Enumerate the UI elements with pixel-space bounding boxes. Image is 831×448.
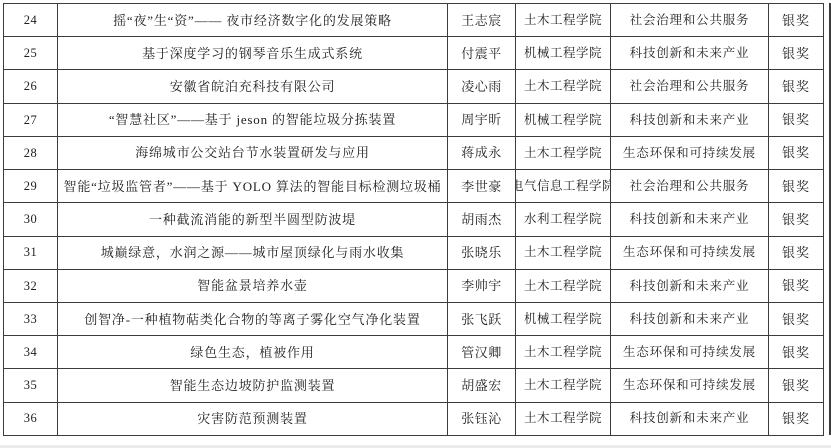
row-number-cell: 28: [4, 137, 58, 170]
row-number-cell: 26: [4, 70, 58, 103]
college-cell: 土木工程学院: [516, 270, 611, 303]
college-cell: 土木工程学院: [516, 369, 611, 402]
project-title-cell: 创智净-一种植物萜类化合物的等离子雾化空气净化装置: [58, 303, 448, 336]
college-cell: 土木工程学院: [516, 137, 611, 170]
category-cell: 科技创新和未来产业: [611, 203, 769, 236]
table-row: 32 智能盆景培养水壶 李帅宇 土木工程学院 科技创新和未来产业 银奖: [4, 270, 824, 303]
award-cell: 银奖: [769, 137, 824, 170]
project-title-cell: 智能盆景培养水壶: [58, 270, 448, 303]
category-cell: 科技创新和未来产业: [611, 403, 769, 436]
award-cell: 银奖: [769, 37, 824, 70]
leader-name-cell: 李世豪: [448, 170, 516, 203]
table-row: 36 灾害防范预测装置 张钰沁 土木工程学院 科技创新和未来产业 银奖: [4, 403, 824, 436]
table-row: 31 城巅绿意，水润之源——城市屋顶绿化与雨水收集 张晓乐 土木工程学院 生态环…: [4, 237, 824, 270]
award-cell: 银奖: [769, 4, 824, 37]
row-number-cell: 27: [4, 104, 58, 137]
table-row: 25 基于深度学习的钢琴音乐生成式系统 付震平 机械工程学院 科技创新和未来产业…: [4, 37, 824, 70]
leader-name-cell: 胡盛宏: [448, 369, 516, 402]
category-cell: 社会治理和公共服务: [611, 170, 769, 203]
college-cell: 土木工程学院: [516, 336, 611, 369]
table-row: 24 摇“夜”生“资”—— 夜市经济数字化的发展策略 王志宸 土木工程学院 社会…: [4, 4, 824, 37]
row-number-cell: 33: [4, 303, 58, 336]
table-row: 34 绿色生态，植被作用 管汉卿 土木工程学院 生态环保和可持续发展 银奖: [4, 336, 824, 369]
award-cell: 银奖: [769, 70, 824, 103]
row-number-cell: 35: [4, 369, 58, 402]
table-row: 33 创智净-一种植物萜类化合物的等离子雾化空气净化装置 张飞跃 机械工程学院 …: [4, 303, 824, 336]
project-title-cell: 灾害防范预测装置: [58, 403, 448, 436]
table-row: 29 智能“垃圾监管者”——基于 YOLO 算法的智能目标检测垃圾桶 李世豪 电…: [4, 170, 824, 203]
category-cell: 生态环保和可持续发展: [611, 237, 769, 270]
row-number-cell: 36: [4, 403, 58, 436]
award-cell: 银奖: [769, 170, 824, 203]
project-title-cell: 一种截流消能的新型半圆型防波堤: [58, 203, 448, 236]
project-title-cell: 智能生态边坡防护监测装置: [58, 369, 448, 402]
document-page: 24 摇“夜”生“资”—— 夜市经济数字化的发展策略 王志宸 土木工程学院 社会…: [0, 0, 831, 448]
leader-name-cell: 王志宸: [448, 4, 516, 37]
row-number-cell: 30: [4, 203, 58, 236]
leader-name-cell: 张飞跃: [448, 303, 516, 336]
college-cell: 土木工程学院: [516, 237, 611, 270]
college-cell: 机械工程学院: [516, 303, 611, 336]
category-cell: 科技创新和未来产业: [611, 37, 769, 70]
leader-name-cell: 蒋成永: [448, 137, 516, 170]
project-title-cell: 城巅绿意，水润之源——城市屋顶绿化与雨水收集: [58, 237, 448, 270]
project-title-cell: 摇“夜”生“资”—— 夜市经济数字化的发展策略: [58, 4, 448, 37]
project-title-cell: 海绵城市公交站台节水装置研发与应用: [58, 137, 448, 170]
row-number-cell: 29: [4, 170, 58, 203]
award-cell: 银奖: [769, 237, 824, 270]
college-cell: 机械工程学院: [516, 104, 611, 137]
award-cell: 银奖: [769, 336, 824, 369]
table-row: 28 海绵城市公交站台节水装置研发与应用 蒋成永 土木工程学院 生态环保和可持续…: [4, 137, 824, 170]
college-cell: 电气信息工程学院: [516, 170, 611, 203]
college-cell: 土木工程学院: [516, 4, 611, 37]
category-cell: 社会治理和公共服务: [611, 4, 769, 37]
row-number-cell: 32: [4, 270, 58, 303]
row-number-cell: 34: [4, 336, 58, 369]
row-number-cell: 31: [4, 237, 58, 270]
category-cell: 社会治理和公共服务: [611, 70, 769, 103]
category-cell: 科技创新和未来产业: [611, 270, 769, 303]
category-cell: 生态环保和可持续发展: [611, 369, 769, 402]
project-title-cell: 安徽省皖泊充科技有限公司: [58, 70, 448, 103]
college-cell: 土木工程学院: [516, 403, 611, 436]
leader-name-cell: 付震平: [448, 37, 516, 70]
category-cell: 科技创新和未来产业: [611, 303, 769, 336]
project-title-cell: 绿色生态，植被作用: [58, 336, 448, 369]
category-cell: 生态环保和可持续发展: [611, 137, 769, 170]
leader-name-cell: 周宇昕: [448, 104, 516, 137]
award-cell: 银奖: [769, 369, 824, 402]
award-cell: 银奖: [769, 303, 824, 336]
category-cell: 生态环保和可持续发展: [611, 336, 769, 369]
award-cell: 银奖: [769, 104, 824, 137]
project-title-cell: “智慧社区”——基于 jeson 的智能垃圾分拣装置: [58, 104, 448, 137]
leader-name-cell: 张钰沁: [448, 403, 516, 436]
project-title-cell: 基于深度学习的钢琴音乐生成式系统: [58, 37, 448, 70]
award-cell: 银奖: [769, 403, 824, 436]
table-row: 27 “智慧社区”——基于 jeson 的智能垃圾分拣装置 周宇昕 机械工程学院…: [4, 104, 824, 137]
table-row: 26 安徽省皖泊充科技有限公司 凌心雨 土木工程学院 社会治理和公共服务 银奖: [4, 70, 824, 103]
leader-name-cell: 李帅宇: [448, 270, 516, 303]
award-cell: 银奖: [769, 270, 824, 303]
award-table: 24 摇“夜”生“资”—— 夜市经济数字化的发展策略 王志宸 土木工程学院 社会…: [3, 3, 824, 436]
leader-name-cell: 张晓乐: [448, 237, 516, 270]
category-cell: 科技创新和未来产业: [611, 104, 769, 137]
table-row: 30 一种截流消能的新型半圆型防波堤 胡雨杰 水利工程学院 科技创新和未来产业 …: [4, 203, 824, 236]
leader-name-cell: 凌心雨: [448, 70, 516, 103]
college-cell: 土木工程学院: [516, 70, 611, 103]
project-title-cell: 智能“垃圾监管者”——基于 YOLO 算法的智能目标检测垃圾桶: [58, 170, 448, 203]
award-cell: 银奖: [769, 203, 824, 236]
row-number-cell: 24: [4, 4, 58, 37]
row-number-cell: 25: [4, 37, 58, 70]
table-row: 35 智能生态边坡防护监测装置 胡盛宏 土木工程学院 生态环保和可持续发展 银奖: [4, 369, 824, 402]
leader-name-cell: 管汉卿: [448, 336, 516, 369]
college-cell: 水利工程学院: [516, 203, 611, 236]
leader-name-cell: 胡雨杰: [448, 203, 516, 236]
college-cell: 机械工程学院: [516, 37, 611, 70]
